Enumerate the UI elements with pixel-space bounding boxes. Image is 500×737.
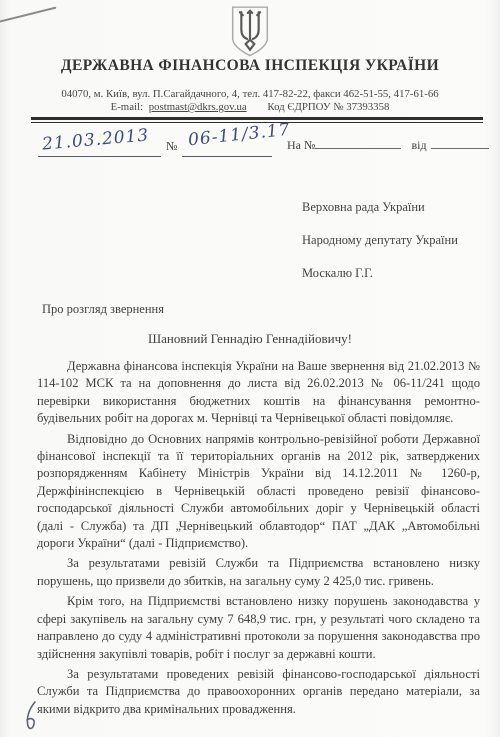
trident-emblem-icon — [0, 5, 500, 62]
subject-line: Про розгляд звернення — [42, 302, 164, 317]
organization-name: ДЕРЖАВНА ФІНАНСОВА ІНСПЕКЦІЯ УКРАЇНИ — [0, 57, 500, 75]
contact-line: E-mail: postmast@dkrs.gov.ua Код ЄДРПОУ … — [0, 101, 500, 113]
handwritten-outgoing-number: 06-11/3.17 — [187, 120, 291, 151]
incoming-date-label: від — [411, 138, 426, 152]
incoming-reference-block: На №від — [287, 136, 489, 153]
trident-emblem-svg — [228, 5, 272, 57]
incoming-date-blank-line — [431, 136, 489, 149]
pen-squiggle-mark — [22, 700, 40, 734]
body-paragraph: Крім того, на Підприємстві встановлено н… — [37, 593, 480, 663]
salutation-line: Шановний Геннадію Геннадійовичу! — [0, 331, 500, 347]
recipient-line: Москалю Г.Г. — [302, 266, 458, 281]
recipient-line: Верховна рада України — [302, 200, 458, 215]
body-paragraph: За результатами ревізій Служби та Підпри… — [37, 555, 480, 590]
recipient-line: Народному депутату України — [302, 233, 458, 248]
body-paragraph: Державна фінансова інспекція України на … — [37, 358, 480, 428]
date-blank-line — [38, 156, 161, 157]
incoming-number-blank-line — [315, 136, 401, 149]
recipient-block: Верховна рада України Народному депутату… — [302, 200, 458, 299]
handwritten-date: 21.03.2013 — [41, 125, 150, 154]
email-label: E-mail: — [111, 101, 143, 113]
scanned-letter-page: ДЕРЖАВНА ФІНАНСОВА ІНСПЕКЦІЯ УКРАЇНИ 040… — [0, 0, 500, 737]
email-address: postmast@dkrs.gov.ua — [149, 101, 247, 113]
body-paragraph: Відповідно до Основних напрямів контроль… — [37, 431, 480, 553]
number-blank-line — [182, 156, 272, 157]
outgoing-reference-block: 21.03.2013 № 06-11/3.17 — [38, 126, 278, 166]
incoming-number-label: На № — [287, 138, 315, 152]
edrpou-code: Код ЄДРПОУ № 37393358 — [267, 101, 389, 113]
letter-body: Державна фінансова інспекція України на … — [37, 358, 480, 721]
number-sign-label: № — [166, 139, 177, 154]
body-paragraph: За результатами проведених ревізій фінан… — [37, 666, 480, 718]
address-line: 04070, м. Київ, вул. П.Сагайдачного, 4, … — [0, 88, 500, 100]
